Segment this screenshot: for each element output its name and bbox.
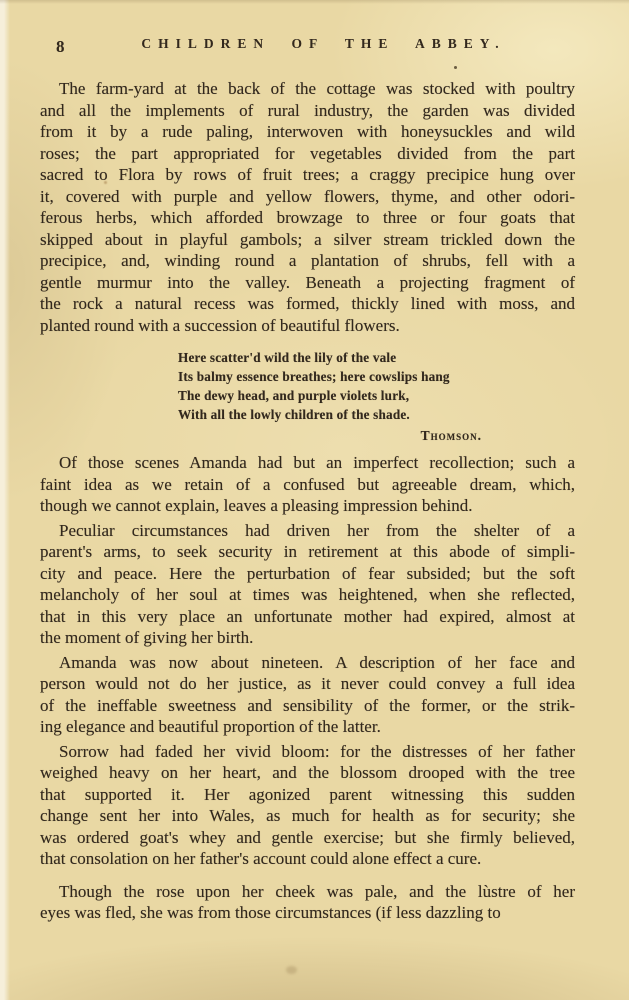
text-line: city and peace. Here the perturbation of… bbox=[40, 563, 575, 585]
text-line: skipped about in playful gambols; a silv… bbox=[40, 229, 575, 251]
text-line: weighed heavy on her heart, and the blos… bbox=[40, 762, 575, 784]
prose-paragraph: The farm-yard at the back of the cottage… bbox=[40, 78, 575, 336]
text-line: eyes was fled, she was from those circum… bbox=[40, 902, 575, 924]
text-line: change sent her into Wales, as much for … bbox=[40, 805, 575, 827]
prose-paragraph: Peculiar circumstances had driven her fr… bbox=[40, 520, 575, 649]
text-line: gentle murmur into the valley. Beneath a… bbox=[40, 272, 575, 294]
page-body: The farm-yard at the back of the cottage… bbox=[40, 78, 575, 924]
text-line: Sorrow had faded her vivid bloom: for th… bbox=[40, 741, 575, 763]
text-line: ing elegance and beautiful proportion of… bbox=[40, 716, 575, 738]
text-line: Its balmy essence breathes; here cowslip… bbox=[178, 367, 575, 386]
text-line: that in this very place an unfortunate m… bbox=[40, 606, 575, 628]
ink-speck bbox=[454, 66, 457, 69]
text-line: Peculiar circumstances had driven her fr… bbox=[40, 520, 575, 542]
text-line: though we cannot explain, leaves a pleas… bbox=[40, 495, 575, 517]
text-line: was ordered goat's whey and gentle exerc… bbox=[40, 827, 575, 849]
text-line: the rock a natural recess was formed, th… bbox=[40, 293, 575, 315]
prose-paragraph: Sorrow had faded her vivid bloom: for th… bbox=[40, 741, 575, 870]
text-line: faint idea as we retain of a confused bu… bbox=[40, 474, 575, 496]
verse-attribution: Thomson. bbox=[178, 426, 575, 445]
prose-paragraph: Though the rose upon her cheek was pale,… bbox=[40, 881, 575, 924]
text-line: melancholy of her soul at times was heig… bbox=[40, 584, 575, 606]
text-line: roses; the part appropriated for vegetab… bbox=[40, 143, 575, 165]
text-line: planted round with a succession of beaut… bbox=[40, 315, 575, 337]
text-line: Though the rose upon her cheek was pale,… bbox=[40, 881, 575, 903]
text-line: Here scatter'd wild the lily of the vale bbox=[178, 348, 575, 367]
text-line: ferous herbs, which afforded browzage to… bbox=[40, 207, 575, 229]
running-title: CHILDREN OF THE ABBEY. bbox=[56, 36, 591, 52]
book-page: 8 CHILDREN OF THE ABBEY. The farm-yard a… bbox=[0, 0, 629, 1000]
text-line: and all the implements of rural industry… bbox=[40, 100, 575, 122]
text-line: the moment of giving her birth. bbox=[40, 627, 575, 649]
text-line: person would not do her justice, as it n… bbox=[40, 673, 575, 695]
text-line: The farm-yard at the back of the cottage… bbox=[40, 78, 575, 100]
text-line: The dewy head, and purple violets lurk, bbox=[178, 386, 575, 405]
text-line: of the ineffable sweetness and sensibili… bbox=[40, 695, 575, 717]
ink-speck bbox=[104, 181, 107, 184]
text-line: from it by a rude paling, interwoven wit… bbox=[40, 121, 575, 143]
text-line: precipice, and, winding round a plantati… bbox=[40, 250, 575, 272]
text-line: that supported it. Her agonized parent w… bbox=[40, 784, 575, 806]
text-line: that consolation on her father's account… bbox=[40, 848, 575, 870]
prose-paragraph: Of those scenes Amanda had but an imperf… bbox=[40, 452, 575, 517]
text-line: parent's arms, to seek security in retir… bbox=[40, 541, 575, 563]
text-line: sacred to Flora by rows of fruit trees; … bbox=[40, 164, 575, 186]
page-header: 8 CHILDREN OF THE ABBEY. bbox=[40, 36, 575, 58]
prose-paragraph: Amanda was now about nineteen. A descrip… bbox=[40, 652, 575, 738]
text-line: it, covered with purple and yellow flowe… bbox=[40, 186, 575, 208]
text-line: Amanda was now about nineteen. A descrip… bbox=[40, 652, 575, 674]
verse-paragraph: Here scatter'd wild the lily of the vale… bbox=[178, 348, 575, 445]
text-line: Of those scenes Amanda had but an imperf… bbox=[40, 452, 575, 474]
text-line: With all the lowly children of the shade… bbox=[178, 405, 575, 424]
paper-smudge bbox=[286, 966, 297, 974]
